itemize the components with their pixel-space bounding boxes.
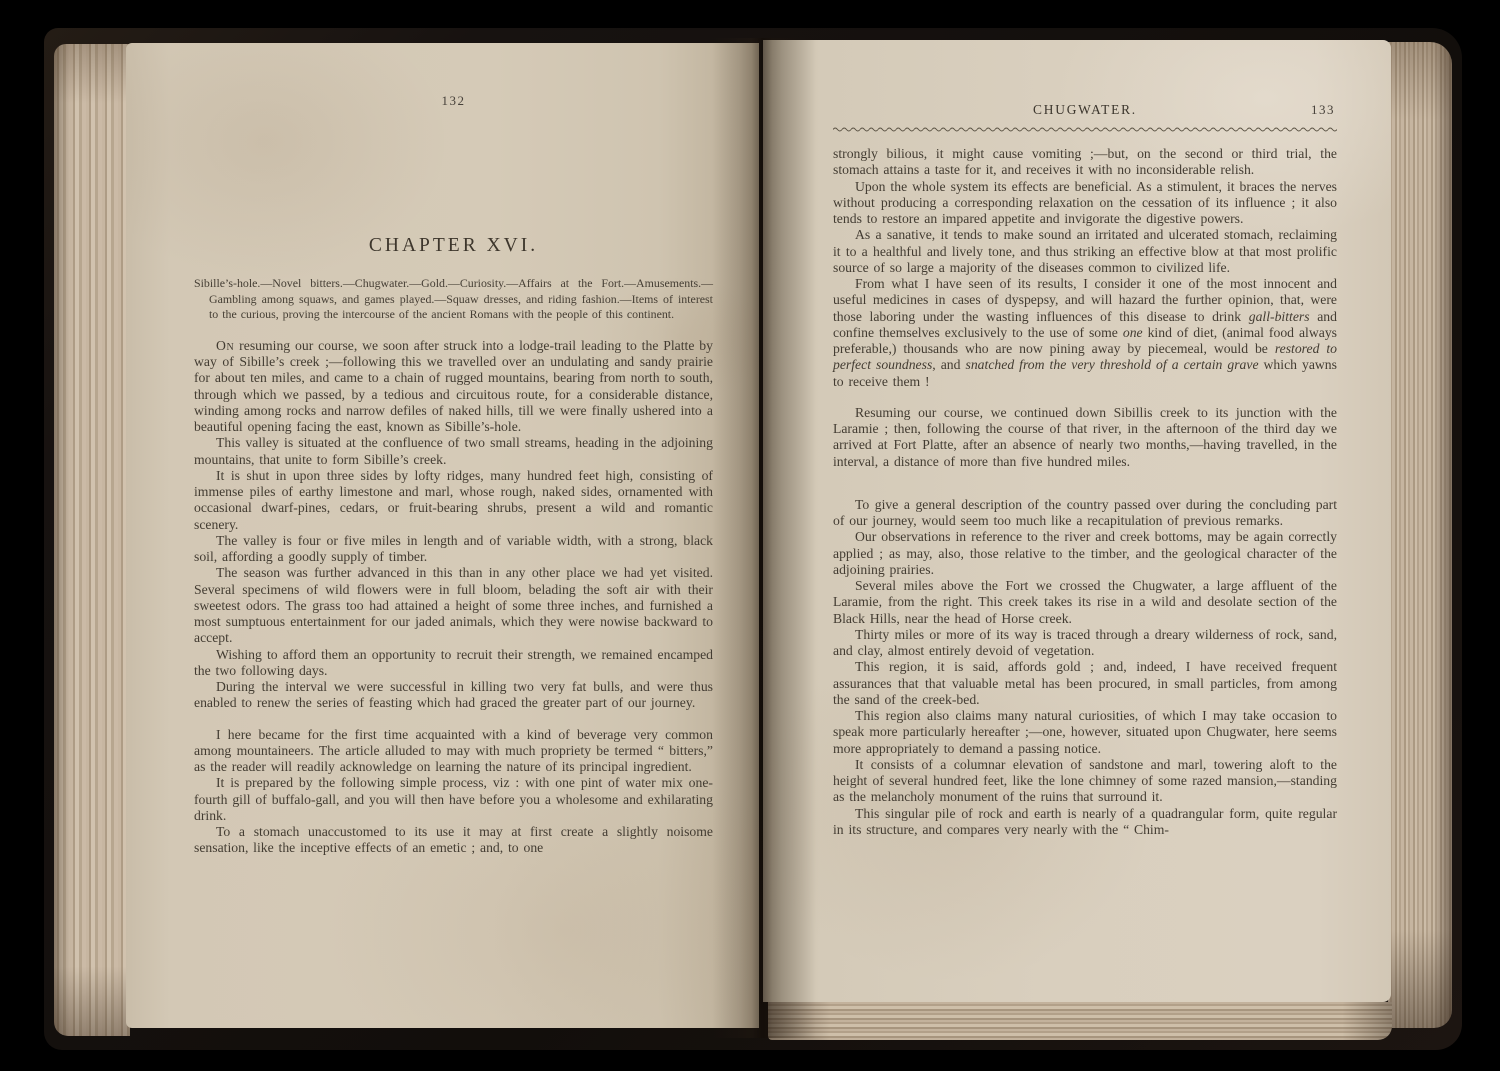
- scanned-book-photo: { "colors": { "background": "#000000", "…: [0, 0, 1500, 1071]
- paragraph: This singular pile of rock and earth is …: [833, 806, 1337, 839]
- paragraph: I here became for the first time acquain…: [194, 727, 713, 776]
- paragraph: To a stomach unaccustomed to its use it …: [194, 824, 713, 857]
- paragraph: This valley is situated at the confluenc…: [194, 435, 713, 468]
- chapter-heading: CHAPTER XVI.: [194, 235, 713, 257]
- paragraph: Upon the whole system its effects are be…: [833, 179, 1337, 228]
- page-number-right: 133: [1311, 102, 1335, 118]
- book-spread: 132 CHAPTER XVI. Sibille’s-hole.—Novel b…: [44, 28, 1462, 1050]
- right-page-body: strongly bilious, it might cause vomitin…: [833, 146, 1337, 838]
- paragraph: From what I have seen of its results, I …: [833, 276, 1337, 390]
- paragraph: Several miles above the Fort we crossed …: [833, 578, 1337, 627]
- paragraph: Wishing to afford them an opportunity to…: [194, 647, 713, 680]
- paragraph: On resuming our course, we soon after st…: [194, 338, 713, 436]
- wavy-rule: [833, 125, 1337, 132]
- right-fore-edge: [1388, 42, 1452, 1028]
- paragraph: It is prepared by the following simple p…: [194, 775, 713, 824]
- paragraph: The season was further advanced in this …: [194, 565, 713, 646]
- left-leaf-edges: [54, 44, 130, 1036]
- paragraph: It consists of a columnar elevation of s…: [833, 757, 1337, 806]
- paragraph: Resuming our course, we continued down S…: [833, 405, 1337, 470]
- paragraph: As a sanative, it tends to make sound an…: [833, 227, 1337, 276]
- paragraph: It is shut in upon three sides by lofty …: [194, 468, 713, 533]
- running-head-title: CHUGWATER.: [833, 102, 1337, 118]
- left-page: 132 CHAPTER XVI. Sibille’s-hole.—Novel b…: [126, 43, 759, 1028]
- paragraph: This region also claims many natural cur…: [833, 708, 1337, 757]
- paragraph: Thirty miles or more of its way is trace…: [833, 627, 1337, 660]
- bottom-leaf-edges: [768, 1002, 1392, 1040]
- running-head: CHUGWATER. 133: [833, 102, 1337, 119]
- gutter-shadow: [712, 38, 816, 1038]
- paragraph: strongly bilious, it might cause vomitin…: [833, 146, 1337, 179]
- right-page: CHUGWATER. 133 strongly bilious, it migh…: [763, 40, 1391, 1002]
- paragraph: This region, it is said, affords gold ; …: [833, 659, 1337, 708]
- paragraph: To give a general description of the cou…: [833, 497, 1337, 530]
- left-page-body: On resuming our course, we soon after st…: [194, 338, 713, 857]
- page-number-left: 132: [194, 93, 713, 109]
- paragraph: During the interval we were successful i…: [194, 679, 713, 712]
- chapter-summary: Sibille’s-hole.—Novel bitters.—Chugwater…: [194, 276, 713, 323]
- paragraph: Our observations in reference to the riv…: [833, 529, 1337, 578]
- paragraph: The valley is four or five miles in leng…: [194, 533, 713, 566]
